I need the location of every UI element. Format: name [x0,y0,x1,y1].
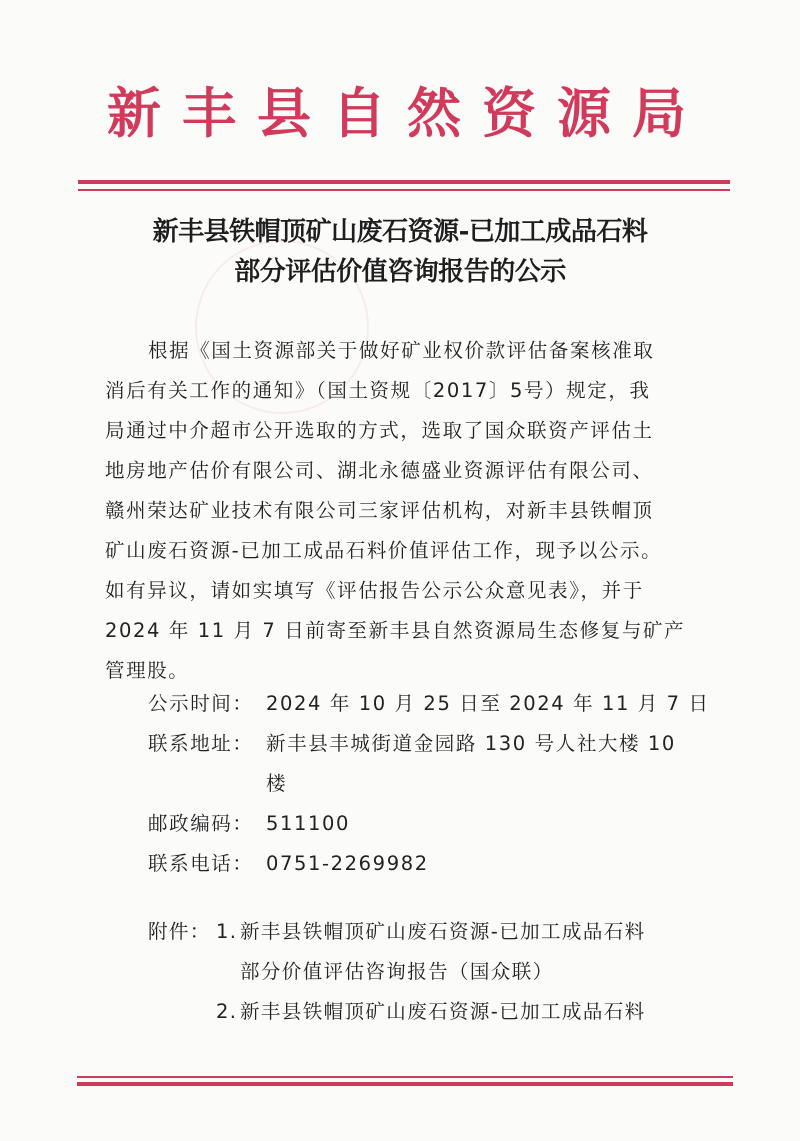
body-line: 地房地产估价有限公司、湖北永德盛业资源评估有限公司、 [105,451,695,491]
body-line: 根据《国土资源部关于做好矿业权价款评估备案核准取 [105,331,695,371]
address-value: 新丰县丰城街道金园路 130 号人社大楼 10 [266,724,676,764]
phone-value: 0751-2269982 [266,844,429,884]
postcode-row: 邮政编码： 511100 [148,804,710,844]
contact-info: 公示时间： 2024 年 10 月 25 日至 2024 年 11 月 7 日 … [148,684,710,884]
header-rule-thick [78,180,730,184]
attachment-number: 2. [216,992,240,1032]
postcode-value: 511100 [266,804,350,844]
body-line: 消后有关工作的通知》（国土资规〔2017〕5号）规定，我 [105,371,695,411]
attachment-title: 新丰县铁帽顶矿山废石资源-已加工成品石料 [240,912,646,952]
attachments-label: 附件： [148,912,216,952]
document-title-line-2: 部分评估价值咨询报告的公示 [0,252,800,292]
attachment-number: 1. [216,912,240,952]
phone-label: 联系电话： [148,844,266,884]
publicity-period-row: 公示时间： 2024 年 10 月 25 日至 2024 年 11 月 7 日 [148,684,710,724]
postcode-label: 邮政编码： [148,804,266,844]
address-label: 联系地址： [148,724,266,764]
document-title: 新丰县铁帽顶矿山废石资源-已加工成品石料 部分评估价值咨询报告的公示 [0,212,800,292]
body-line: 矿山废石资源-已加工成品石料价值评估工作，现予以公示。 [105,531,695,571]
header-rule-thin [78,189,730,191]
body-line: 赣州荣达矿业技术有限公司三家评估机构，对新丰县铁帽顶 [105,491,695,531]
phone-row: 联系电话： 0751-2269982 [148,844,710,884]
attachment-item-1: 附件： 1. 新丰县铁帽顶矿山废石资源-已加工成品石料 [148,912,646,952]
attachments-list: 附件： 1. 新丰县铁帽顶矿山废石资源-已加工成品石料 部分价值评估咨询报告（国… [148,912,646,1032]
publicity-period-value: 2024 年 10 月 25 日至 2024 年 11 月 7 日 [266,684,710,724]
publicity-period-label: 公示时间： [148,684,266,724]
body-line: 如有异议，请如实填写《评估报告公示公众意见表》，并于 [105,571,695,611]
attachment-item-2: 2. 新丰县铁帽顶矿山废石资源-已加工成品石料 [148,992,646,1032]
masthead-org-name: 新丰县自然资源局 [0,78,800,148]
address-row: 联系地址： 新丰县丰城街道金园路 130 号人社大楼 10 [148,724,710,764]
body-line: 局通过中介超市公开选取的方式，选取了国众联资产评估土 [105,411,695,451]
footer-rule-thin [77,1076,733,1078]
document-page: 新丰县自然资源局 新丰县铁帽顶矿山废石资源-已加工成品石料 部分评估价值咨询报告… [0,0,800,1141]
footer-rule-thick [77,1082,733,1086]
address-value-continued: 楼 [148,764,710,804]
attachment-title: 新丰县铁帽顶矿山废石资源-已加工成品石料 [240,992,646,1032]
attachment-title-continued: 部分价值评估咨询报告（国众联） [148,952,646,992]
document-title-line-1: 新丰县铁帽顶矿山废石资源-已加工成品石料 [0,212,800,252]
body-line: 2024 年 11 月 7 日前寄至新丰县自然资源局生态修复与矿产 [105,611,695,651]
body-paragraph: 根据《国土资源部关于做好矿业权价款评估备案核准取 消后有关工作的通知》（国土资规… [105,331,695,691]
